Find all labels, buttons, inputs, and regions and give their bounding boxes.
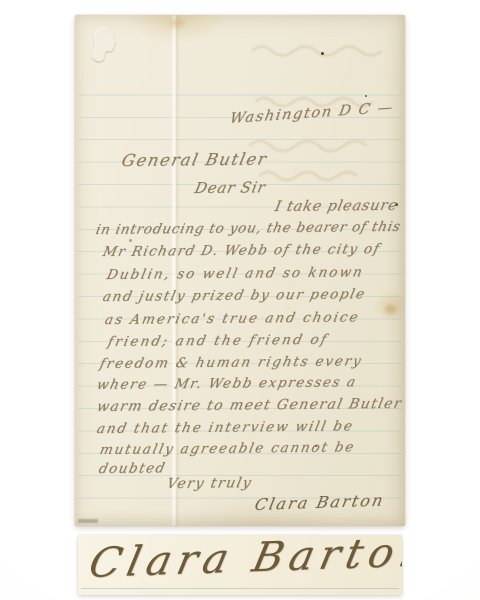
illegible-inventory-mark [78,519,98,523]
recipient-line: General Butler [120,149,269,170]
foxing-spot [321,52,324,55]
salutation: Dear Sir [193,178,268,197]
letter-line: in introducing to you, the bearer of thi… [94,219,402,238]
letter-page: Washington D C — General Butler Dear Sir… [75,15,405,526]
letter-line: doubted [97,460,167,477]
letter-line: as America's true and choice [103,309,361,328]
valediction: Very truly [165,475,254,492]
letter-line: and justly prized by our people [101,286,367,305]
letter-line: Dublin, so well and so known [105,264,365,283]
ink-bleedthrough [247,135,397,153]
letter-line: freedom & human rights every [98,353,364,372]
letter-line: and that the interview will be [95,418,355,437]
letter-line: friend; and the friend of [106,332,330,350]
ruled-line [81,588,399,589]
foxing-spot [170,19,184,27]
ink-bleedthrough [257,167,392,183]
letter-line: Mr Richard D. Webb of the city of [101,241,382,260]
signature-strip: Clara Barton [78,535,402,595]
letter-line: I take pleasure [273,198,399,215]
letter-line: mutually agreeable cannot be [98,439,357,458]
letter-line: warm desire to meet General Butler [95,396,403,415]
letter-line: where — Mr. Webb expresses a [95,374,358,393]
clipped-signature: Clara Barton [85,535,402,587]
photo-background: Washington D C — General Butler Dear Sir… [0,0,480,600]
embossed-head-stamp-icon [91,27,123,63]
foxing-spot [365,95,367,97]
foxing-spot [385,305,396,314]
ink-bleedthrough [250,41,400,57]
foxing-spot [129,239,132,242]
